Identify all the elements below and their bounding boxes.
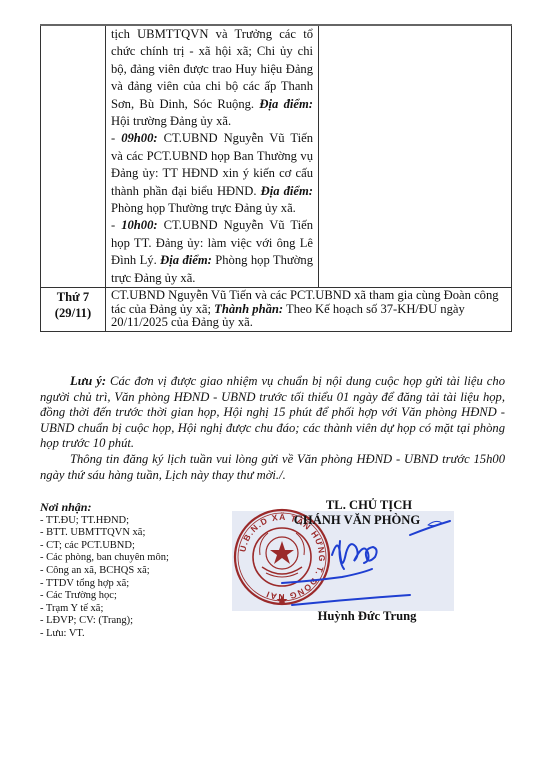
recipient-item: - CT; các PCT.UBND;	[40, 540, 220, 553]
note-paragraph: Lưu ý: Các đơn vị được giao nhiệm vụ chu…	[40, 374, 505, 452]
note-label: Lưu ý:	[70, 374, 106, 388]
time-label: 10h00:	[121, 218, 157, 232]
schedule-table: tịch UBMTTQVN và Trưởng các tổ chức chín…	[40, 24, 512, 332]
recipient-item: - TT.ĐU; TT.HĐND;	[40, 515, 220, 528]
recipient-item: - BTT. UBMTTQVN xã;	[40, 527, 220, 540]
place-label: Địa điểm:	[160, 253, 212, 267]
note-section: Lưu ý: Các đơn vị được giao nhiệm vụ chu…	[40, 374, 505, 483]
recipients-list: Nơi nhận: - TT.ĐU; TT.HĐND; - BTT. UBMTT…	[40, 501, 220, 641]
content-cell: CT.UBND Nguyễn Vũ Tiến và các PCT.UBND x…	[106, 288, 512, 332]
recipient-item: - TTDV tổng hợp xã;	[40, 578, 220, 591]
signer-name: Huỳnh Đức Trung	[292, 609, 442, 624]
content-cell: tịch UBMTTQVN và Trưởng các tổ chức chín…	[106, 25, 319, 288]
day-name: Thứ 7	[46, 289, 100, 305]
recipient-item: - Lưu: VT.	[40, 628, 220, 641]
agenda-item: - 10h00: CT.UBND Nguyễn Vũ Tiến họp TT. …	[111, 217, 313, 287]
recipients-title: Nơi nhận:	[40, 501, 220, 514]
day-date: (29/11)	[46, 305, 100, 321]
table-row: Thứ 7 (29/11) CT.UBND Nguyễn Vũ Tiến và …	[41, 288, 512, 332]
participants-label: Thành phần:	[214, 302, 283, 316]
day-cell: Thứ 7 (29/11)	[41, 288, 106, 332]
agenda-item: - 09h00: CT.UBND Nguyễn Vũ Tiến và các P…	[111, 130, 313, 217]
day-cell	[41, 25, 106, 288]
signer-title: TL. CHỦ TỊCH	[284, 498, 454, 513]
recipient-item: - Công an xã, BCHQS xã;	[40, 565, 220, 578]
recipient-item: - Trạm Y tế xã;	[40, 603, 220, 616]
place-label: Địa điểm:	[259, 97, 313, 111]
agenda-item: tịch UBMTTQVN và Trưởng các tổ chức chín…	[111, 26, 313, 130]
notes-cell	[319, 25, 512, 288]
table-row: tịch UBMTTQVN và Trưởng các tổ chức chín…	[41, 25, 512, 288]
recipient-item: - LĐVP; CV: (Trang);	[40, 615, 220, 628]
place-label: Địa điểm:	[261, 184, 313, 198]
signature-block: U.B.N.D XÃ TÂN HƯNG T. ĐỒNG NAI TL. CHỦ …	[232, 497, 454, 637]
registration-paragraph: Thông tin đăng ký lịch tuần vui lòng gửi…	[40, 452, 505, 483]
recipient-item: - Các phòng, ban chuyên môn;	[40, 552, 220, 565]
recipient-item: - Các Trường học;	[40, 590, 220, 603]
time-label: 09h00:	[121, 131, 157, 145]
signer-position: CHÁNH VĂN PHÒNG	[272, 513, 442, 528]
